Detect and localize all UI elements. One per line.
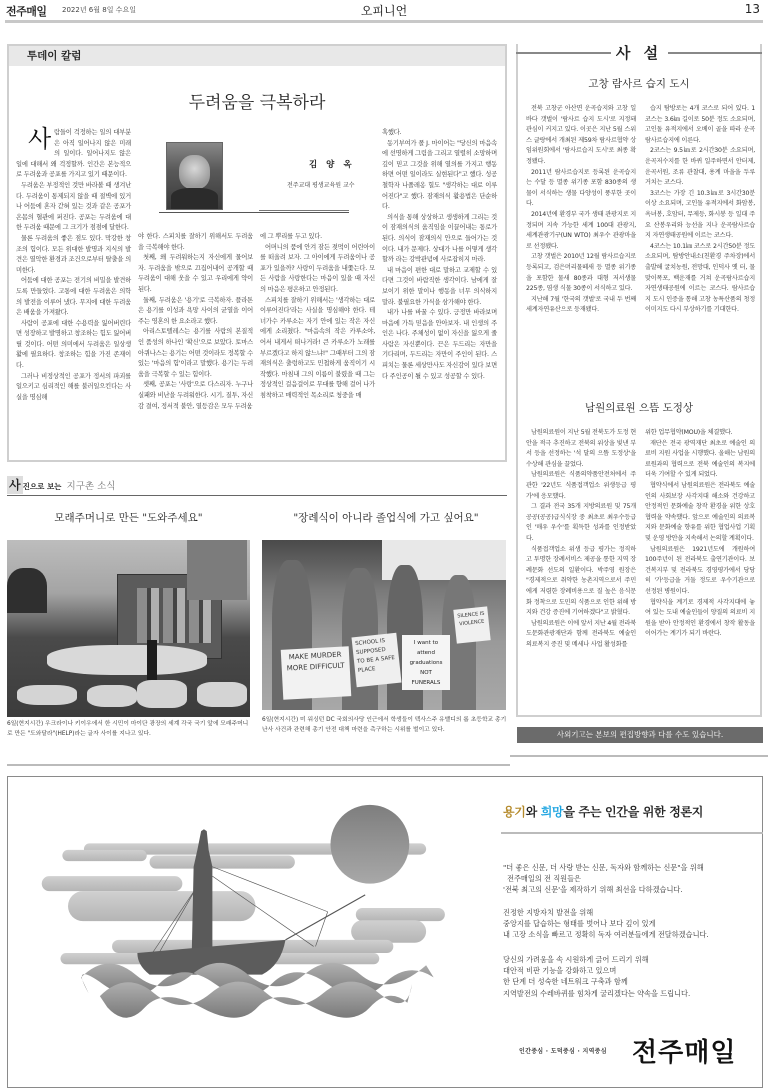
protest-sign-1: MAKE MURDER MORE DIFFICULT	[281, 646, 352, 699]
page-number: 13	[745, 2, 760, 16]
photo-dc-protest: MAKE MURDER MORE DIFFICULT SCHOOL IS SUP…	[262, 540, 506, 710]
masthead-rule	[5, 20, 763, 23]
ad-slogan: 용기와 희망을 주는 인간을 위한 정론지	[503, 803, 703, 820]
editorial-label: 사 설	[510, 42, 768, 63]
author-photo	[166, 142, 223, 210]
masthead: 전주매일 2022년 6월 8일 수요일 오피니언 13	[0, 0, 768, 22]
protest-sign-4: SILENCE IS VIOLENCE	[453, 606, 490, 643]
photo-news-header: 사진으로 보는 지구촌 소식	[7, 474, 507, 496]
ad-paragraph-1: "더 좋은 신문, 더 사랑 받는 신문, 독자와 함께하는 신문"을 위해 전…	[503, 862, 704, 896]
column-text-col4: 혹했다. 동기부여가 폴 J. 마이어는 "당신의 마음속에 선명하게 그림을 …	[382, 128, 497, 382]
photo-kyiv-sandbags	[7, 540, 250, 717]
photo-caption-1: 6일(현지시간) 우크라이나 키이우에서 한 시민이 마이단 광장의 세계 각국…	[7, 720, 250, 739]
editorial-1-col2: 습지 탐방로는 4개 코스로 되어 있다. 1코스는 3.6㎞ 길이로 50분 …	[645, 104, 755, 316]
ad-paragraph-2: 진정한 지방자치 발전을 위해 중앙지를 답습하는 형태를 벗어나 보다 깊이 …	[503, 907, 709, 941]
ad-logo: 전주매일	[632, 1032, 736, 1069]
dropcap: 사	[28, 128, 51, 150]
column-text-col1: 사 람들이 걱정하는 일의 대부분은 아직 일어나지 않은 미래의 일이다. 일…	[16, 128, 131, 403]
column-title: 두려움을 극복하라	[9, 88, 505, 113]
pen-nib-ship-icon	[8, 773, 488, 1073]
photo-title-1: 모래주머니로 만든 "도와주세요"	[7, 510, 250, 525]
editorial-header: 사 설	[510, 40, 768, 66]
editorial-1-col1: 전북 고창군 아산면 운곡습지와 고창 일바다 갯벌이 '람사르 습지 도시'로…	[526, 104, 636, 316]
protest-sign-3: I want to attend graduations NOT FUNERAL…	[402, 635, 450, 690]
editorial-title-2: 남원의료원 으뜸 도정상	[516, 400, 762, 415]
editorial-2-col1: 남원의료원이 지난 5월 전북도가 도정 현안을 적극 추진하고 전북의 위상을…	[526, 428, 636, 650]
author-role: 전주교대 평생교육원 교수	[287, 180, 355, 189]
column-text-col2: 야 한다. 스피치를 잘하기 위해서도 두려움을 극복해야 한다. 첫째, 왜 …	[138, 232, 253, 412]
ad-paragraph-3: 당신의 가려움을 속 시원하게 긁어 드리기 위해 대안적 비판 기능을 강화하…	[503, 954, 690, 999]
photo-news-cap: 사	[7, 476, 23, 494]
photo-caption-2: 6일(현지시간) 미 워싱턴 DC 국회의사당 인근에서 학생들이 텍사스주 유…	[262, 716, 508, 735]
author-name: 김 양 옥	[309, 158, 355, 170]
today-column: 투데이 칼럼 두려움을 극복하라 사 람들이 걱정하는 일의 대부분은 아직 일…	[7, 44, 507, 462]
editorial-2-col2: 위한 업무협약(MOU)을 체결했다. 재단은 전국 광역재단 최초로 예술인 …	[645, 428, 755, 640]
section-title: 오피니언	[0, 2, 768, 19]
disclaimer-notice: 사외기고는 본보의 편집방향과 다를 수도 있습니다.	[517, 727, 763, 743]
byline-rule	[159, 212, 349, 213]
protest-sign-2: SCHOOL IS SUPPOSED TO BE A SAFE PLACE	[352, 633, 402, 687]
ad-tagline: 인간중심 · 도덕중심 · 지역중심	[519, 1046, 607, 1055]
editorial-title-1: 고창 람사르 습지 도시	[516, 76, 762, 91]
column-text-col3: 에 그 뿌리를 두고 있다. 어머니의 품에 안겨 잠든 젖먹이 어린아이를 떠…	[260, 232, 375, 402]
photo-title-2: "장례식이 아니라 졸업식에 가고 싶어요"	[262, 510, 510, 525]
column-header: 투데이 칼럼	[9, 46, 505, 66]
